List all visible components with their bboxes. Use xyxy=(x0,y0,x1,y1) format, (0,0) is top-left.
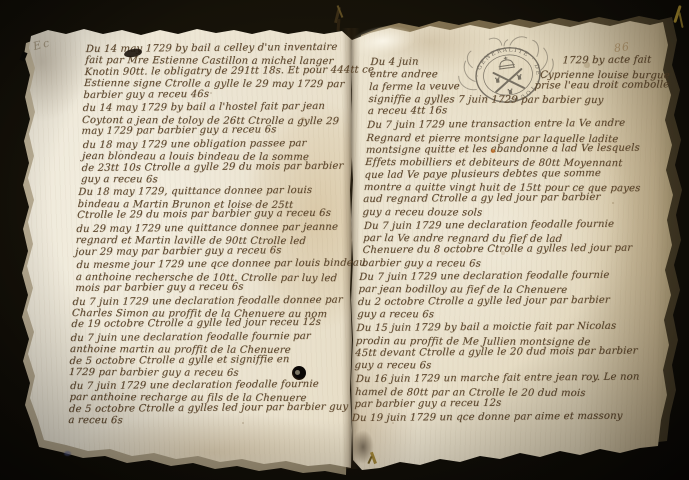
manuscript-line: aud regnard Ctrolle a gy led jour par ba… xyxy=(363,192,664,207)
manuscript-line: de 5 octobre Ctrolle a gylles led jour p… xyxy=(69,401,342,415)
manuscript-line: du 2 octobre Ctrolle a gylle led jour pa… xyxy=(358,294,659,309)
manuscript-line: du 7 juin une declaration feodalle fourn… xyxy=(70,330,345,344)
manuscript-line: par barbier guy a receu 12s xyxy=(354,396,653,411)
left-page-text: Du 14 may 1729 by bail a celley d'un inv… xyxy=(66,44,360,429)
manuscript-line: Du 4 juin1729 by acte fait xyxy=(370,54,671,69)
manuscript-paragraph: Du 7 juin 1729 une transaction entre la … xyxy=(362,120,667,218)
manuscript-paragraph: du mesme jour 1729 une qce donnee par lo… xyxy=(75,260,349,294)
manuscript-paragraph: Du 16 juin 1729 un marche fait entre jea… xyxy=(354,374,654,411)
manuscript-paragraph: du 7 juin 1729 une declaration feodalle … xyxy=(71,297,347,331)
manuscript-line: may 1729 par barbier guy a receu 6s xyxy=(81,124,356,138)
manuscript-line: du 14 may 1729 by bail a l'hostel fait p… xyxy=(82,101,357,115)
manuscript-line: Knotin 90tt. le obligatry de 291tt 18s. … xyxy=(84,65,359,79)
manuscript-photo: · GENERALITE · DE · TOURS · Du 14 may 1 xyxy=(0,0,689,480)
manuscript-line: Du 18 may 1729, quittance donnee par lou… xyxy=(78,185,353,199)
manuscript-paragraph: du 18 may 1729 une obligation passee par… xyxy=(81,140,355,186)
manuscript-paragraph: du 7 juin 1729 une declaration feodalle … xyxy=(68,381,342,427)
manuscript-paragraph: Du 18 may 1729, quittance donnee par lou… xyxy=(77,187,353,221)
manuscript-line: montsigne quitte et les abandonne a lad … xyxy=(366,142,667,157)
blue-speck xyxy=(64,451,71,456)
manuscript-line: Du 19 juin 1729 un qce donne par aime et… xyxy=(351,411,652,426)
manuscript-line: Du 16 juin 1729 un marche fait entre jea… xyxy=(355,372,654,387)
folio-number-pencil: 86 xyxy=(613,40,630,55)
manuscript-line: Du 7 juin 1729 une transaction entre la … xyxy=(367,118,668,133)
manuscript-line: barbier guy a receu 46s xyxy=(83,87,358,101)
manuscript-line: du 29 may 1729 une quittance donnee par … xyxy=(76,221,351,235)
manuscript-line: du mesme jour 1729 une qce donnee par lo… xyxy=(76,258,349,272)
manuscript-line: du 7 juin 1729 une declaration feodalle … xyxy=(70,378,343,392)
manuscript-line: que lad Ve paye plusieurs debtes que som… xyxy=(364,167,665,182)
manuscript-paragraph: du 29 may 1729 une quittance donnee par … xyxy=(75,224,351,258)
manuscript-line: du 18 may 1729 une obligation passee par xyxy=(83,137,356,151)
manuscript-paragraph: Du 7 juin 1729 une declaration feodalle … xyxy=(362,221,663,270)
right-page-text: Du 4 juin1729 by acte faitentre andreeCy… xyxy=(351,57,670,428)
binding-thread-top xyxy=(330,5,348,33)
manuscript-line: Chenuere du 8 octobre Ctrolle a gylles l… xyxy=(362,243,661,258)
manuscript-line: Du 7 juin 1729 une declaration feodalle … xyxy=(359,269,660,284)
manuscript-line: du 7 juin 1729 une declaration feodalle … xyxy=(72,294,347,308)
manuscript-line: Du 7 juin 1729 une declaration feodalle … xyxy=(364,218,663,233)
manuscript-line: mois par barbier guy a receu 6s xyxy=(75,281,348,295)
paper-foxing-speckles xyxy=(0,0,2,2)
manuscript-line: a receu 4tt 16s xyxy=(368,104,669,119)
manuscript-line: de 19 octobre Ctrolle a gylle led jour r… xyxy=(71,317,346,331)
ink-blot xyxy=(292,366,306,380)
manuscript-paragraph: Du 4 juin1729 by acte faitentre andreeCy… xyxy=(367,57,670,118)
manuscript-paragraph: Du 15 juin 1729 by bail a moictie fait p… xyxy=(354,323,657,372)
red-speck xyxy=(491,149,495,153)
manuscript-line: de 5 octobre Ctrolle a gylle et signiffi… xyxy=(69,353,344,367)
manuscript-line: la ferme la veuveprise l'eau droit combo… xyxy=(369,79,670,94)
manuscript-line: 45tt devant Ctrolle a gylle le 20 dud mo… xyxy=(355,345,656,360)
manuscript-paragraph: du 14 may 1729 by bail a l'hostel fait p… xyxy=(81,103,357,137)
manuscript-paragraph: Du 19 juin 1729 un qce donne par aime et… xyxy=(351,413,652,425)
manuscript-line: Du 15 juin 1729 by bail a moictie fait p… xyxy=(356,321,657,336)
manuscript-paragraph: Du 7 juin 1729 une declaration feodalle … xyxy=(357,272,660,321)
binding-thread-bottom xyxy=(368,450,380,466)
manuscript-line: a receu 6s xyxy=(68,415,341,428)
manuscript-line: Ctrolle le 29 du mois par barbier guy a … xyxy=(77,208,352,222)
manuscript-line: de 23tt 10s Ctrolle a gylle 29 du mois p… xyxy=(81,160,354,174)
loose-thread-corner xyxy=(668,4,688,34)
manuscript-line: jour 29 may par barbier guy a receu 6s xyxy=(75,244,350,258)
